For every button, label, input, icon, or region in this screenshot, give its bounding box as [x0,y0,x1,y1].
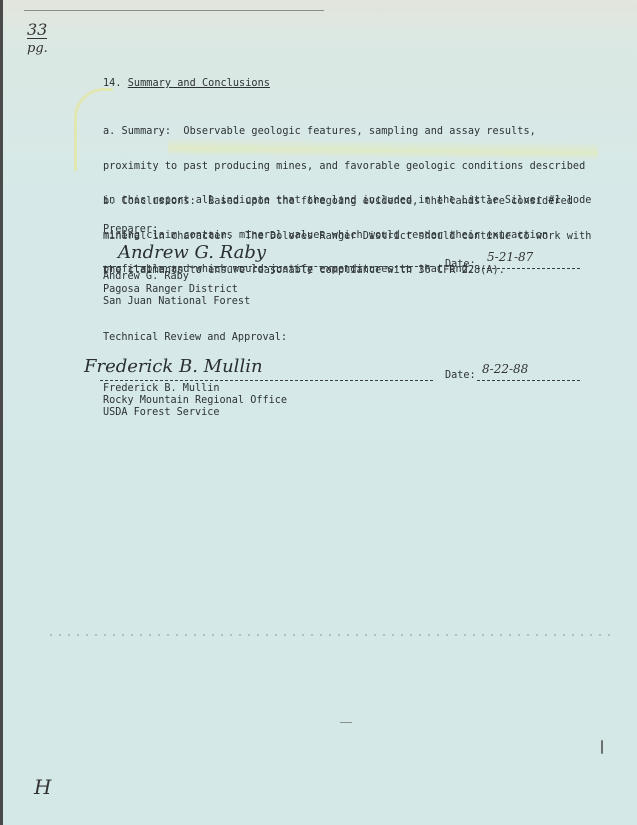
handwritten-page-number: 33 pg. [27,22,48,57]
section-heading: 14. Summary and Conclusions [103,78,270,90]
preparer-label: Preparer: [103,224,158,236]
preparer-name: Andrew G. Raby [103,271,189,283]
preparer-date-value: 5-21-87 [487,250,533,264]
approval-signature: Frederick B. Mullin [84,356,263,377]
speck-mark [340,722,352,723]
approval-date-line [477,380,580,381]
approval-date-value: 8-22-88 [482,362,528,376]
document-page: 33 pg. 14. Summary and Conclusions a. Su… [0,0,637,825]
preparer-date-label: Date: [445,259,476,270]
bleed-through-specks [50,634,610,636]
approval-agency: USDA Forest Service [103,407,220,419]
pen-mark [601,740,603,754]
approval-signature-line [100,380,433,381]
preparer-forest: San Juan National Forest [103,296,250,308]
scan-edge [0,0,3,825]
approval-label: Technical Review and Approval: [103,332,287,344]
approval-office: Rocky Mountain Regional Office [103,395,287,407]
section-title: Summary and Conclusions [128,78,270,89]
preparer-district: Pagosa Ranger District [103,284,238,296]
top-rule [24,10,324,11]
approval-date-label: Date: [445,370,476,381]
handwritten-corner-mark: H [34,775,51,799]
approval-name: Frederick B. Mullin [103,383,220,395]
preparer-signature: Andrew G. Raby [118,242,266,263]
preparer-signature-line [103,266,433,267]
preparer-date-line [477,268,580,269]
